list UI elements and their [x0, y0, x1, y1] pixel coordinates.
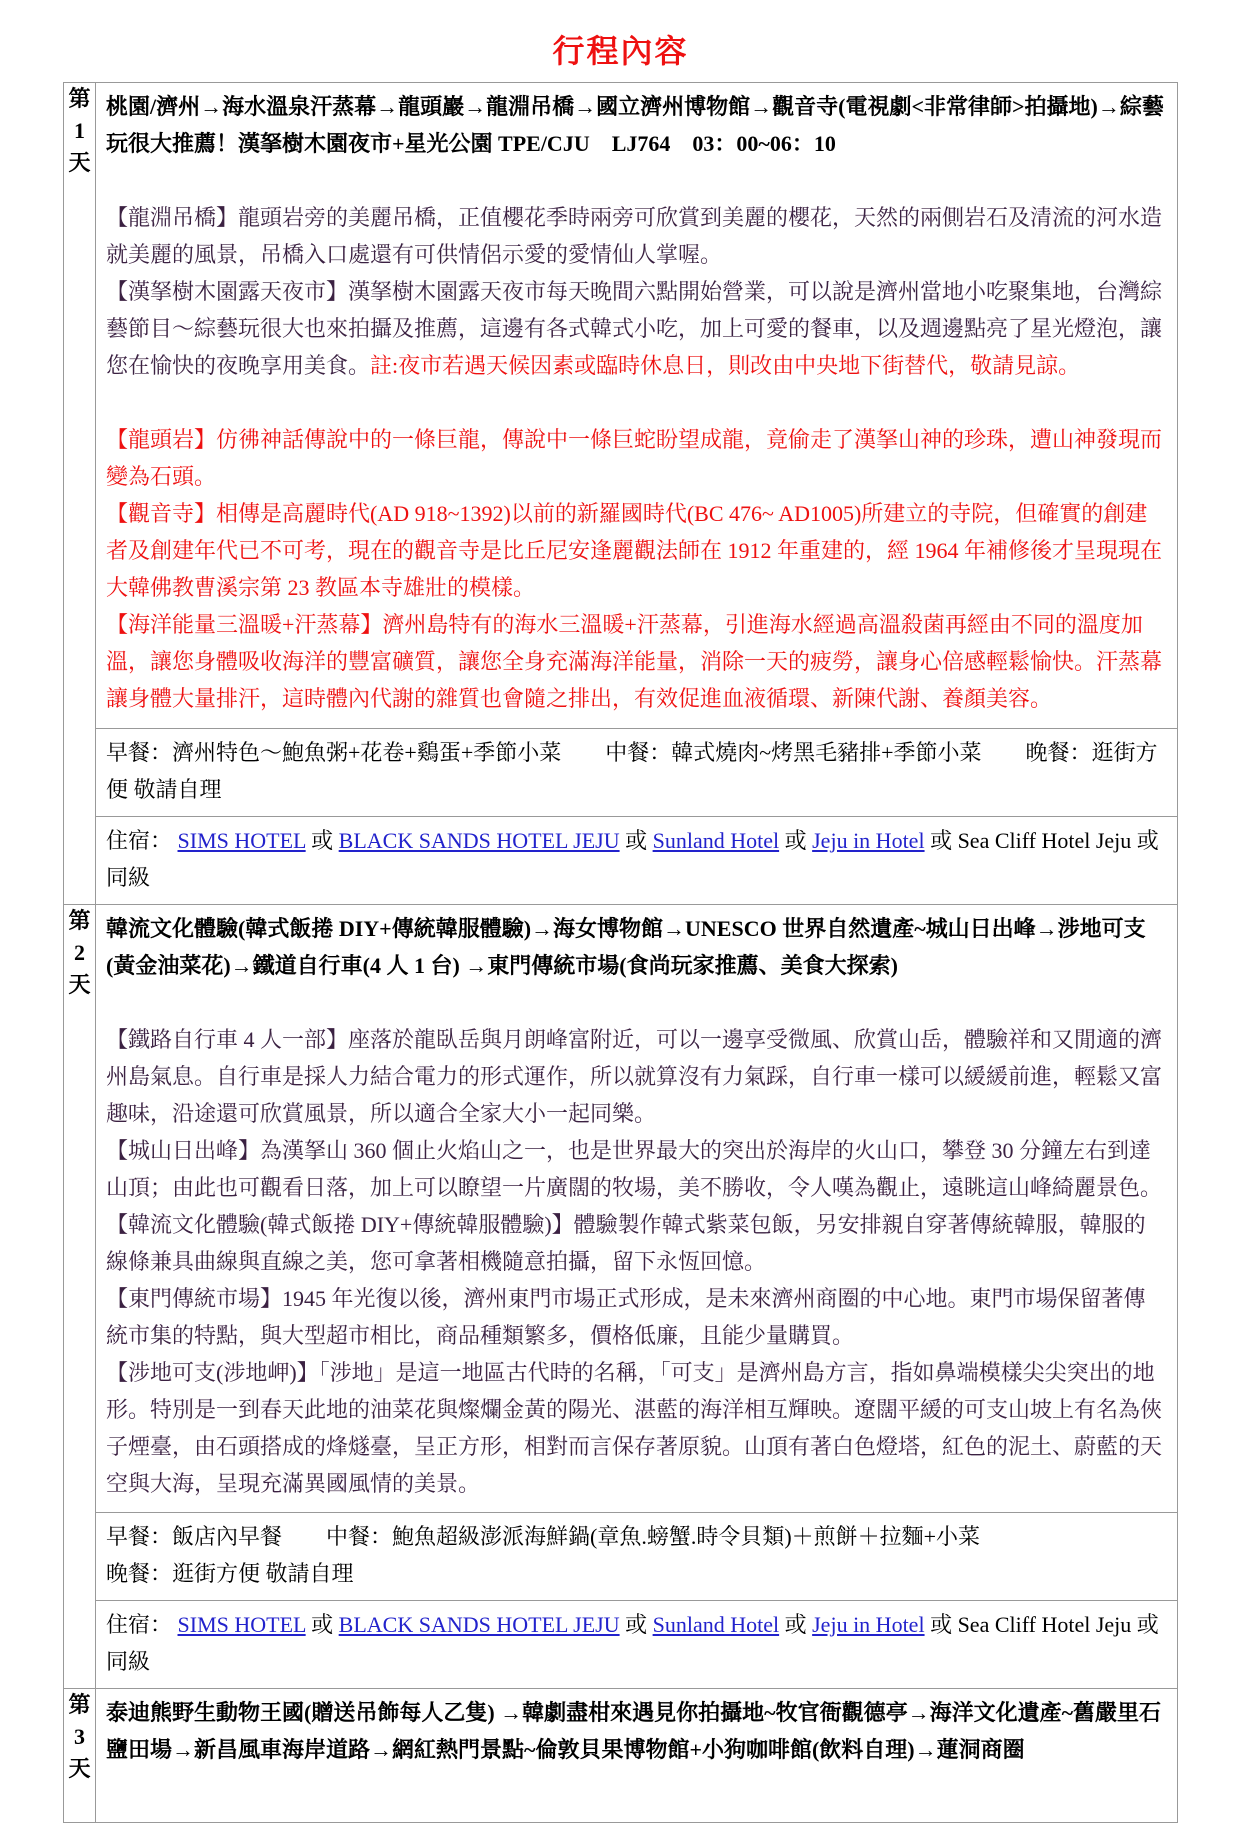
blank-line — [106, 384, 1167, 421]
hotel-link-sunland[interactable]: Sunland Hotel — [653, 828, 780, 853]
day-2-label: 第 2 天 — [64, 905, 96, 1689]
day-3-description-cell: 泰迪熊野生動物王國(贈送吊飾每人乙隻) →韓劇盡柑來遇見你拍攝地~牧官衙觀德亭→… — [96, 1689, 1178, 1823]
paragraph: 【龍頭岩】仿彿神話傳說中的一條巨龍，傳說中一條巨蛇盼望成龍，竟偷走了漢拏山神的珍… — [106, 421, 1167, 495]
blank-line — [106, 162, 1167, 199]
page-title: 行程內容 — [0, 26, 1241, 72]
paragraph: 【觀音寺】相傳是高麗時代(AD 918~1392)以前的新羅國時代(BC 476… — [106, 495, 1167, 606]
hotel-link-jeju-in[interactable]: Jeju in Hotel — [812, 828, 924, 853]
day-2-hotel-row: 住宿： SIMS HOTEL 或 BLACK SANDS HOTEL JEJU … — [96, 1601, 1178, 1689]
paragraph: 【漢拏樹木園露天夜市】漢拏樹木園露天夜市每天晚間六點開始營業，可以說是濟州當地小… — [106, 273, 1167, 384]
hotel-link-sunland[interactable]: Sunland Hotel — [653, 1612, 780, 1637]
itinerary-table: 第 1 天 桃園/濟州→海水溫泉汗蒸幕→龍頭巖→龍淵吊橋→國立濟州博物館→觀音寺… — [63, 82, 1178, 1823]
paragraph: 【龍淵吊橋】龍頭岩旁的美麗吊橋，正值櫻花季時兩旁可欣賞到美麗的櫻花，天然的兩側岩… — [106, 199, 1167, 273]
hotel-label: 住宿： — [106, 828, 178, 853]
day-1-hotel-row: 住宿： SIMS HOTEL 或 BLACK SANDS HOTEL JEJU … — [96, 817, 1178, 905]
hotel-or-separator: 或 — [779, 828, 812, 853]
day-1-label: 第 1 天 — [64, 83, 96, 905]
hotel-link-black-sands[interactable]: BLACK SANDS HOTEL JEJU — [339, 828, 620, 853]
paragraph: 【城山日出峰】為漢拏山 360 個止火焰山之一，也是世界最大的突出於海岸的火山口… — [106, 1132, 1167, 1206]
document-page: 行程內容 第 1 天 桃園/濟州→海水溫泉汗蒸幕→龍頭巖→龍淵吊橋→國立濟州博物… — [0, 0, 1241, 1823]
table-row: 早餐：飯店內早餐 中餐：鮑魚超級澎派海鮮鍋(章魚.螃蟹.時令貝類)＋煎餅＋拉麵+… — [64, 1513, 1178, 1601]
night-market-note: 註:夜市若遇天候因素或臨時休息日，則改由中央地下街替代，敬請見諒。 — [370, 353, 1080, 378]
hotel-or-separator: 或 — [620, 828, 653, 853]
hotel-or-separator: 或 — [306, 828, 339, 853]
hotel-or-separator: 或 — [620, 1612, 653, 1637]
blank-line — [106, 984, 1167, 1021]
table-row: 早餐：濟州特色～鮑魚粥+花卷+鷄蛋+季節小菜 中餐：韓式燒肉~烤黑毛豬排+季節小… — [64, 729, 1178, 817]
table-row: 第 1 天 桃園/濟州→海水溫泉汗蒸幕→龍頭巖→龍淵吊橋→國立濟州博物館→觀音寺… — [64, 83, 1178, 729]
hotel-link-black-sands[interactable]: BLACK SANDS HOTEL JEJU — [339, 1612, 620, 1637]
hotel-link-jeju-in[interactable]: Jeju in Hotel — [812, 1612, 924, 1637]
day-3-route: 泰迪熊野生動物王國(贈送吊飾每人乙隻) →韓劇盡柑來遇見你拍攝地~牧官衙觀德亭→… — [106, 1694, 1167, 1768]
paragraph: 【鐵路自行車 4 人一部】座落於龍臥岳與月朗峰富附近，可以一邊享受微風、欣賞山岳… — [106, 1021, 1167, 1132]
day-2-meals-row: 早餐：飯店內早餐 中餐：鮑魚超級澎派海鮮鍋(章魚.螃蟹.時令貝類)＋煎餅＋拉麵+… — [96, 1513, 1178, 1601]
day-number-vertical: 第 1 天 — [64, 83, 95, 179]
day-2-description-cell: 韓流文化體驗(韓式飯捲 DIY+傳統韓服體驗)→海女博物館→UNESCO 世界自… — [96, 905, 1178, 1513]
hotel-link-sims[interactable]: SIMS HOTEL — [178, 1612, 306, 1637]
hotel-or-separator: 或 — [779, 1612, 812, 1637]
paragraph: 【韓流文化體驗(韓式飯捲 DIY+傳統韓服體驗)】體驗製作韓式紫菜包飯，另安排親… — [106, 1206, 1167, 1280]
paragraph: 【海洋能量三溫暖+汗蒸幕】濟州島特有的海水三溫暖+汗蒸幕，引進海水經過高溫殺菌再… — [106, 606, 1167, 717]
table-row: 住宿： SIMS HOTEL 或 BLACK SANDS HOTEL JEJU … — [64, 1601, 1178, 1689]
paragraph: 【涉地可支(涉地岬)】「涉地」是這一地區古代時的名稱，「可支」是濟州島方言，指如… — [106, 1354, 1167, 1502]
hotel-link-sims[interactable]: SIMS HOTEL — [178, 828, 306, 853]
hotel-or-separator: 或 — [306, 1612, 339, 1637]
day-number-vertical: 第 3 天 — [64, 1689, 95, 1785]
paragraph: 【東門傳統市場】1945 年光復以後，濟州東門市場正式形成，是未來濟州商圈的中心… — [106, 1280, 1167, 1354]
table-row: 住宿： SIMS HOTEL 或 BLACK SANDS HOTEL JEJU … — [64, 817, 1178, 905]
day-1-route: 桃園/濟州→海水溫泉汗蒸幕→龍頭巖→龍淵吊橋→國立濟州博物館→觀音寺(電視劇<非… — [106, 88, 1167, 162]
table-row: 第 2 天 韓流文化體驗(韓式飯捲 DIY+傳統韓服體驗)→海女博物館→UNES… — [64, 905, 1178, 1513]
day-number-vertical: 第 2 天 — [64, 905, 95, 1001]
day-1-meals-row: 早餐：濟州特色～鮑魚粥+花卷+鷄蛋+季節小菜 中餐：韓式燒肉~烤黑毛豬排+季節小… — [96, 729, 1178, 817]
hotel-label: 住宿： — [106, 1612, 178, 1637]
table-row: 第 3 天 泰迪熊野生動物王國(贈送吊飾每人乙隻) →韓劇盡柑來遇見你拍攝地~牧… — [64, 1689, 1178, 1823]
day-1-description-cell: 桃園/濟州→海水溫泉汗蒸幕→龍頭巖→龍淵吊橋→國立濟州博物館→觀音寺(電視劇<非… — [96, 83, 1178, 729]
day-2-route: 韓流文化體驗(韓式飯捲 DIY+傳統韓服體驗)→海女博物館→UNESCO 世界自… — [106, 910, 1167, 984]
day-3-label: 第 3 天 — [64, 1689, 96, 1823]
